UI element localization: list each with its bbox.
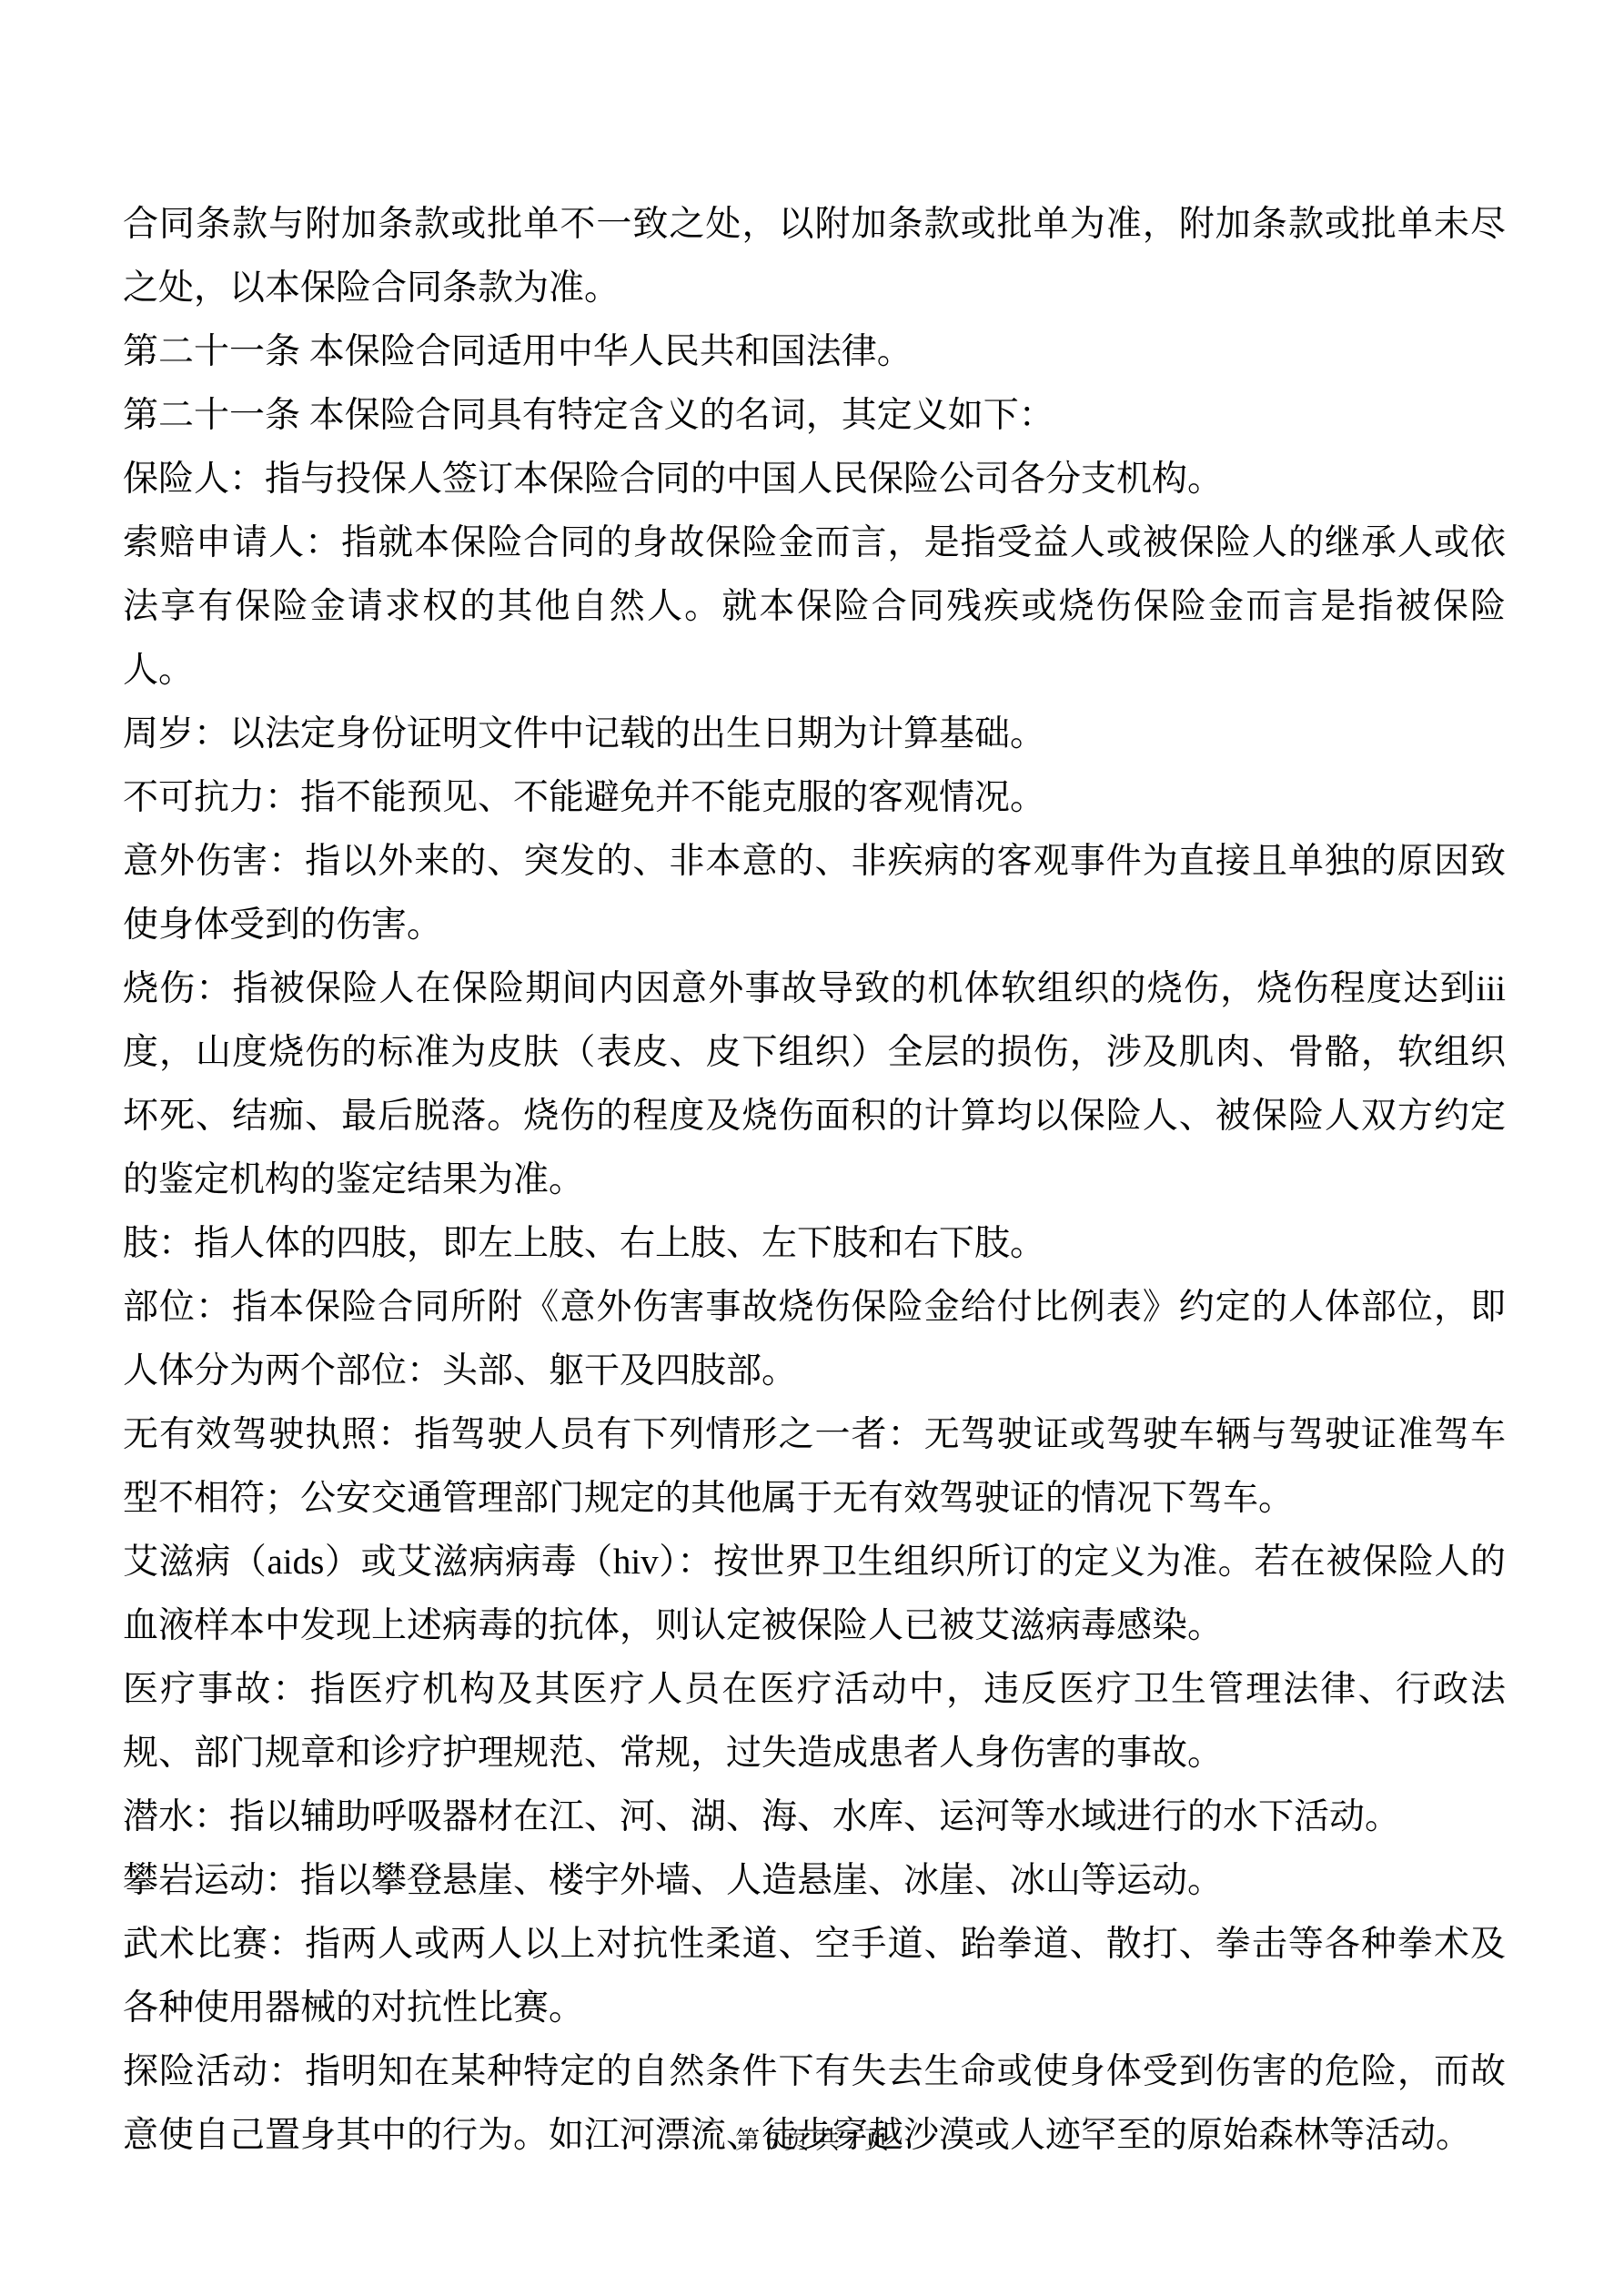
definition-paragraph: 周岁：以法定身份证明文件中记载的出生日期为计算基础。 — [123, 703, 1506, 766]
clause-paragraph: 合同条款与附加条款或批单不一致之处，以附加条款或批单为准，附加条款或批单未尽之处… — [123, 193, 1506, 320]
definition-paragraph: 部位：指本保险合同所附《意外伤害事故烧伤保险金给付比例表》约定的人体部位，即人体… — [123, 1276, 1506, 1403]
clause-paragraph: 第二十一条 本保险合同适用中华人民共和国法律。 — [123, 320, 1506, 384]
definition-paragraph: 意外伤害：指以外来的、突发的、非本意的、非疾病的客观事件为直接且单独的原因致使身… — [123, 830, 1506, 957]
definition-paragraph: 索赔申请人：指就本保险合同的身故保险金而言，是指受益人或被保险人的继承人或依法享… — [123, 511, 1506, 703]
definition-paragraph: 保险人：指与投保人签订本保险合同的中国人民保险公司各分支机构。 — [123, 448, 1506, 511]
contract-page: 合同条款与附加条款或批单不一致之处，以附加条款或批单为准，附加条款或批单未尽之处… — [0, 0, 1624, 2296]
contract-body: 合同条款与附加条款或批单不一致之处，以附加条款或批单为准，附加条款或批单未尽之处… — [123, 193, 1506, 2168]
definition-paragraph: 无有效驾驶执照：指驾驶人员有下列情形之一者：无驾驶证或驾驶车辆与驾驶证准驾车型不… — [123, 1403, 1506, 1531]
definition-paragraph: 烧伤：指被保险人在保险期间内因意外事故导致的机体软组织的烧伤，烧伤程度达到iii… — [123, 957, 1506, 1212]
definition-paragraph: 不可抗力：指不能预见、不能避免并不能克服的客观情况。 — [123, 766, 1506, 830]
definition-paragraph: 医疗事故：指医疗机构及其医疗人员在医疗活动中，违反医疗卫生管理法律、行政法规、部… — [123, 1658, 1506, 1785]
definition-paragraph: 潜水：指以辅助呼吸器材在江、河、湖、海、水库、运河等水域进行的水下活动。 — [123, 1785, 1506, 1849]
page-number-footer: 第 6 页 共 7 页 — [0, 2122, 1624, 2159]
definition-paragraph: 攀岩运动：指以攀登悬崖、楼宇外墙、人造悬崖、冰崖、冰山等运动。 — [123, 1849, 1506, 1913]
clause-paragraph: 第二十一条 本保险合同具有特定含义的名词，其定义如下： — [123, 384, 1506, 448]
definition-paragraph: 艾滋病（aids）或艾滋病病毒（hiv）：按世界卫生组织所订的定义为准。若在被保… — [123, 1531, 1506, 1658]
definition-paragraph: 武术比赛：指两人或两人以上对抗性柔道、空手道、跆拳道、散打、拳击等各种拳术及各种… — [123, 1913, 1506, 2040]
definition-paragraph: 肢：指人体的四肢，即左上肢、右上肢、左下肢和右下肢。 — [123, 1212, 1506, 1276]
